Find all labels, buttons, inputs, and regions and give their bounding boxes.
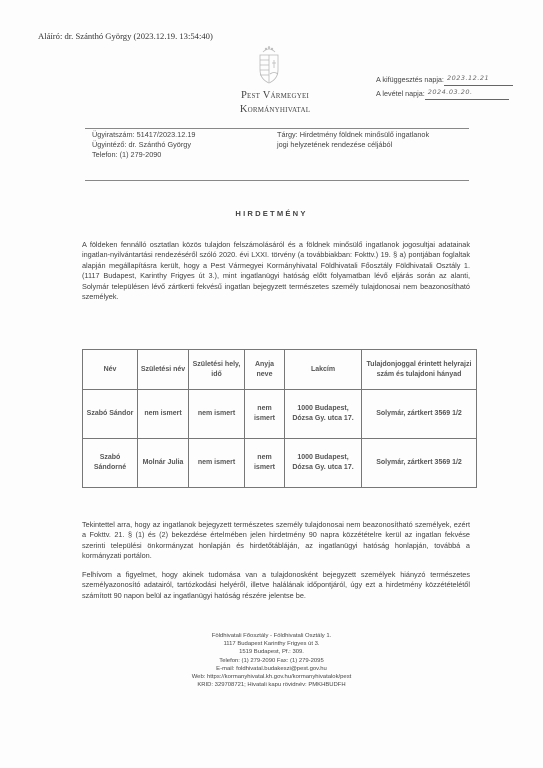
table-row: Szabó Sándorné Molnár Julia nem ismert n…	[83, 439, 477, 488]
footer-krid: KRID: 329708721; Hivatali kapu rövidnév:…	[0, 681, 543, 689]
intro-paragraph: A földeken fennálló osztatlan közös tula…	[82, 240, 470, 302]
posted-date-value: 2023.12.21	[444, 72, 513, 86]
cell-birth-name: Molnár Julia	[138, 439, 189, 488]
cell-mother-name: nem ismert	[245, 390, 285, 439]
organization-line-2: Kormányhivatal	[200, 103, 350, 117]
footer-phone-fax: Telefon: (1) 279-2090 Fax: (1) 279-2095	[0, 657, 543, 665]
posting-date-row: A kifüggesztés napja: 2023.12.21	[376, 72, 513, 86]
footer-address: 1117 Budapest Karinthy Frigyes út 3.	[0, 640, 543, 648]
cell-parcel-share: Solymár, zártkert 3569 1/2	[362, 390, 477, 439]
posted-date-label: A kifüggesztés napja:	[376, 73, 444, 86]
column-header-address: Lakcím	[285, 350, 362, 390]
case-officer: Ügyintéző: dr. Szánthó György	[92, 140, 195, 150]
cell-address: 1000 Budapest, Dózsa Gy. utca 17.	[285, 390, 362, 439]
cell-name: Szabó Sándorné	[83, 439, 138, 488]
footer-web: Web: https://kormanyhivatal.kh.gov.hu/ko…	[0, 673, 543, 681]
subject-line-1: Tárgy: Hirdetmény földnek minősülő ingat…	[277, 130, 467, 140]
table-row: Szabó Sándor nem ismert nem ismert nem i…	[83, 390, 477, 439]
cell-birth-place-date: nem ismert	[189, 439, 245, 488]
table-header-row: Név Születési név Születési hely, idő An…	[83, 350, 477, 390]
header-divider-top	[85, 128, 469, 129]
coat-of-arms-icon	[254, 44, 284, 86]
document-title: HIRDETMÉNY	[0, 209, 543, 218]
cell-birth-name: nem ismert	[138, 390, 189, 439]
cell-name: Szabó Sándor	[83, 390, 138, 439]
subject: Tárgy: Hirdetmény földnek minősülő ingat…	[277, 130, 467, 150]
organization-name: Pest Vármegyei Kormányhivatal	[200, 89, 350, 117]
column-header-name: Név	[83, 350, 138, 390]
case-number: Ügyiratszám: 51417/2023.12.19	[92, 130, 195, 140]
removal-date-value: 2024.03.20.	[425, 86, 509, 100]
cell-address: 1000 Budapest, Dózsa Gy. utca 17.	[285, 439, 362, 488]
footer-po-box: 1519 Budapest, Pf.: 309.	[0, 648, 543, 656]
case-meta: Ügyiratszám: 51417/2023.12.19 Ügyintéző:…	[92, 130, 195, 160]
removal-date-label: A levétel napja:	[376, 87, 425, 100]
notice-paragraph: Felhívom a figyelmet, hogy akinek tudomá…	[82, 570, 470, 601]
subject-line-2: jogi helyzetének rendezése céljából	[277, 140, 467, 150]
column-header-mother-name: Anyja neve	[245, 350, 285, 390]
column-header-birth-name: Születési név	[138, 350, 189, 390]
digital-signature-line: Aláíró: dr. Szánthó György (2023.12.19. …	[38, 31, 213, 41]
publication-paragraph: Tekintettel arra, hogy az ingatlanok bej…	[82, 520, 470, 562]
case-phone: Telefon: (1) 279-2090	[92, 150, 195, 160]
cell-parcel-share: Solymár, zártkert 3569 1/2	[362, 439, 477, 488]
cell-birth-place-date: nem ismert	[189, 390, 245, 439]
header-divider-bottom	[85, 180, 469, 181]
footer-department: Földhivatali Főosztály - Földhivatali Os…	[0, 632, 543, 640]
removal-date-row: A levétel napja: 2024.03.20.	[376, 86, 513, 100]
footer-email: E-mail: foldhivatal.budakeszi@pest.gov.h…	[0, 665, 543, 673]
cell-mother-name: nem ismert	[245, 439, 285, 488]
posting-dates: A kifüggesztés napja: 2023.12.21 A levét…	[376, 72, 513, 100]
column-header-birth-place-date: Születési hely, idő	[189, 350, 245, 390]
office-footer: Földhivatali Főosztály - Földhivatali Os…	[0, 632, 543, 689]
owners-table: Név Születési név Születési hely, idő An…	[82, 349, 477, 488]
organization-line-1: Pest Vármegyei	[200, 89, 350, 103]
column-header-parcel-share: Tulajdonjoggal érintett helyrajzi szám é…	[362, 350, 477, 390]
